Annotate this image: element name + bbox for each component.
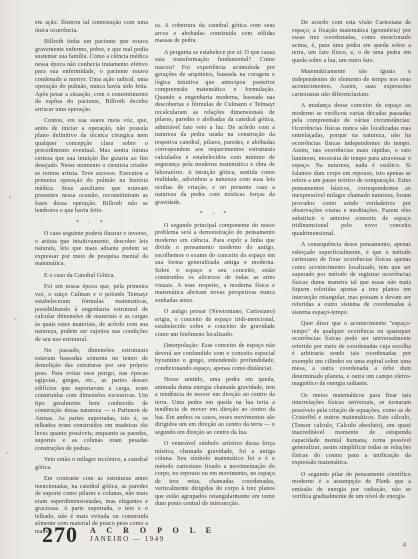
paragraph: Contou, em sua suave meia vóz, que, ante… bbox=[35, 118, 148, 216]
page-number: 270 bbox=[42, 524, 78, 546]
paragraph: De acordo com esta visão Cartesiana de e… bbox=[292, 20, 411, 65]
section-separator: * : * bbox=[35, 220, 148, 228]
scan-corner-mark: 4 bbox=[403, 541, 407, 549]
paragraph: O antigo pensar (Newtoniano, Cartesiano)… bbox=[155, 309, 275, 339]
text-columns: em ação. Ilustrou tal contestação com um… bbox=[35, 20, 411, 540]
paragraph: (Interpolação: Esse conceito de espaço n… bbox=[155, 343, 275, 373]
paragraph: Foi em nossa época que, pela primeira ve… bbox=[35, 284, 148, 344]
paragraph: Os meios matemáticos para fixar tais int… bbox=[292, 393, 411, 468]
paragraph: O venerável símbolo artístico dessa forç… bbox=[155, 441, 275, 509]
scan-speck bbox=[9, 196, 11, 199]
paragraph: O caso seguinte poderá ilustrar o invers… bbox=[35, 231, 148, 269]
paragraph: ra. A cobertura da catedral gótica com s… bbox=[155, 23, 275, 46]
magazine-page: em ação. Ilustrou tal contestação com um… bbox=[0, 0, 418, 559]
text-column-2: ra. A cobertura da catedral gótica com s… bbox=[155, 20, 275, 540]
paragraph: Veio então o milagre tectónico, a catedr… bbox=[35, 457, 148, 472]
paragraph: No passado, dimensões estruturais estava… bbox=[35, 348, 148, 453]
paragraph: em ação. Ilustrou tal contestação com um… bbox=[35, 20, 148, 35]
paragraph: A mudança desse conceito de espaço ao mo… bbox=[292, 103, 411, 238]
paragraph: Matemáticamente são iguais e independent… bbox=[292, 69, 411, 99]
paragraph: Quer dizer que o acontecimento "espaço-t… bbox=[292, 321, 411, 389]
page-footer: 270 A C R O P O L E JANEIRO — 1949 bbox=[42, 524, 216, 546]
paragraph: Billroth tinha um paciente que estava gr… bbox=[35, 39, 148, 114]
scan-speck bbox=[6, 452, 8, 454]
paragraph: A consequência desse pensamento, apenas … bbox=[292, 242, 411, 317]
text-column-1: em ação. Ilustrou tal contestação com um… bbox=[35, 20, 148, 540]
paragraph: O segundo pilar do pensamento científico… bbox=[292, 472, 411, 502]
paragraph: E o caso da Catedral Gótica. bbox=[35, 273, 148, 281]
magazine-imprint: A C R O P O L E JANEIRO — 1949 bbox=[90, 526, 216, 544]
magazine-title: A C R O P O L E bbox=[90, 526, 216, 535]
text-column-3: De acordo com esta visão Cartesiana de e… bbox=[292, 20, 411, 540]
section-separator: * : * bbox=[155, 211, 275, 219]
paragraph: A pergunta se estabelece por si: O que c… bbox=[155, 50, 275, 208]
magazine-issue-date: JANEIRO — 1949 bbox=[90, 535, 216, 544]
scan-speck bbox=[14, 318, 16, 320]
paragraph: O segundo principal componente do nosso … bbox=[155, 223, 275, 306]
paragraph: Nesse sentido, uma pedra em queda, anima… bbox=[155, 377, 275, 437]
